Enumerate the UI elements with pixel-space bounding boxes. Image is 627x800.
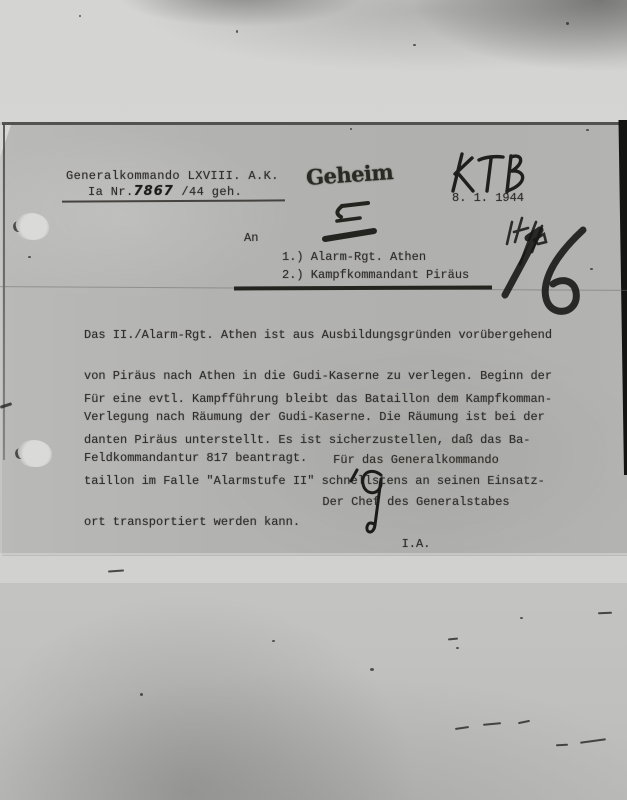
recipient-2: 2.) Kampfkommandant Piräus bbox=[282, 269, 469, 283]
p1-line1: Das II./Alarm-Rgt. Athen ist aus Ausbild… bbox=[84, 329, 552, 343]
ktb-handwritten-mark bbox=[445, 150, 530, 195]
header-ref-number-handwritten: 7867 bbox=[134, 184, 174, 199]
recipient-1: 1.) Alarm-Rgt. Athen bbox=[282, 251, 426, 265]
salutation: An bbox=[244, 232, 258, 246]
backing-light-band bbox=[0, 553, 627, 583]
hole-punch-top bbox=[15, 213, 49, 240]
p2-line1: Für eine evtl. Kampfführung bleibt das B… bbox=[84, 393, 552, 407]
scanned-page-background: Generalkommando LXVIII. A.K. Ia Nr.7867 … bbox=[0, 0, 627, 800]
header-reference: Ia Nr.7867 /44 geh. bbox=[88, 185, 242, 200]
header-ref-prefix: Ia Nr. bbox=[88, 185, 134, 199]
document-date: 8. 1. 1944 bbox=[452, 192, 524, 206]
header-unit: Generalkommando LXVIII. A.K. bbox=[66, 170, 279, 184]
handwritten-signature bbox=[345, 465, 405, 540]
e-file-mark bbox=[322, 198, 380, 243]
header-ref-suffix: /44 geh. bbox=[174, 185, 242, 199]
photo-left-edge bbox=[3, 124, 5, 460]
hole-punch-bottom bbox=[17, 440, 52, 467]
